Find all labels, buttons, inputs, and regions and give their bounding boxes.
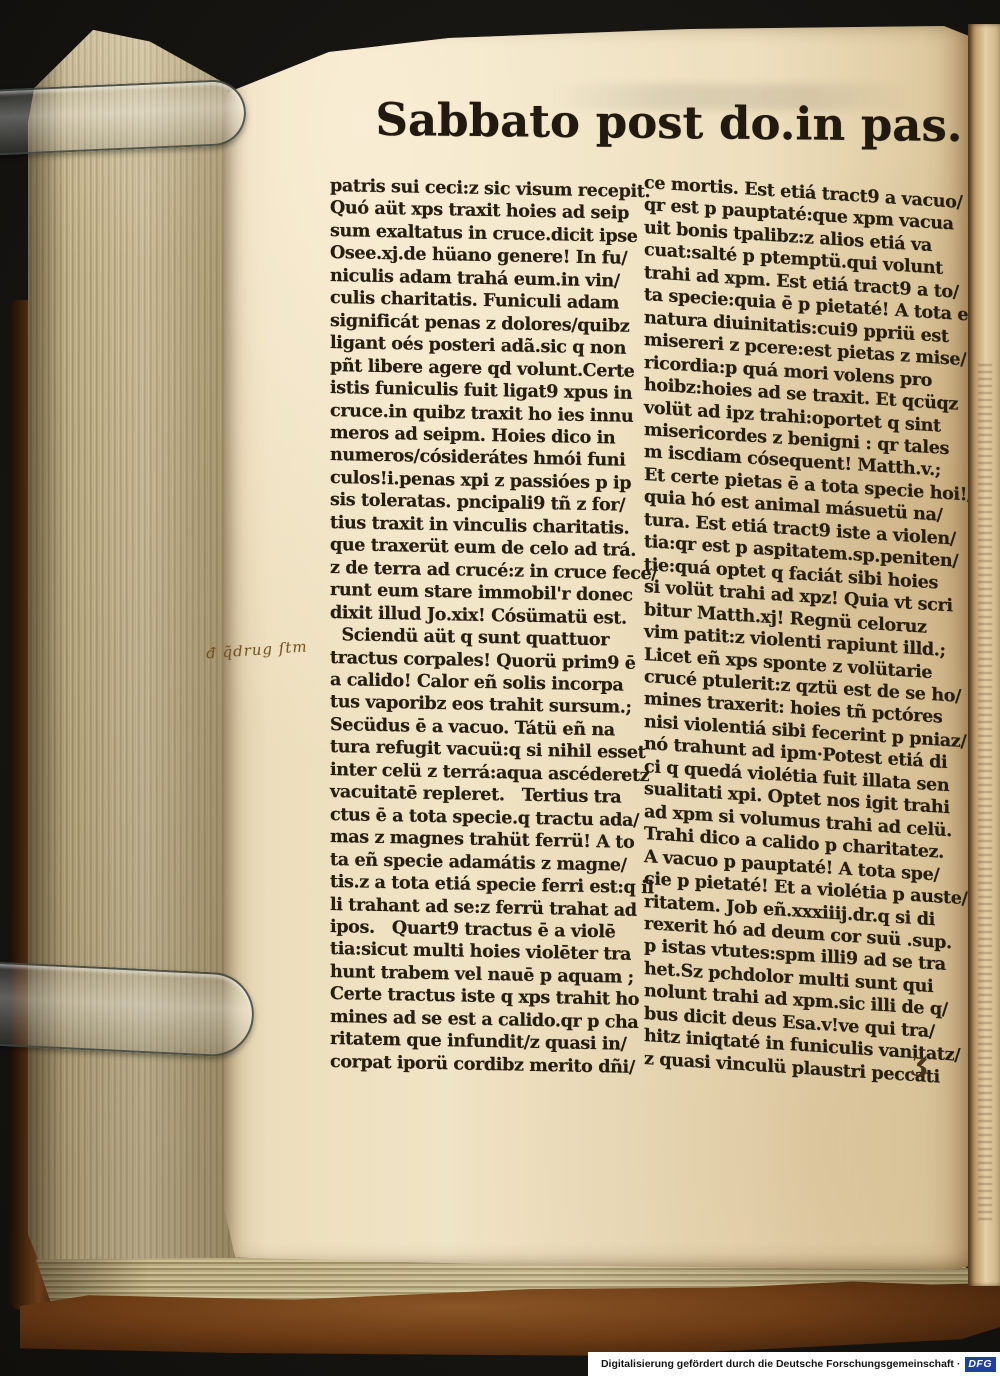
book-page: Sabbato post do.in pas. patris sui ceci:… (224, 26, 974, 1270)
digitization-credit-text: Digitalisierung gefördert durch die Deut… (601, 1358, 960, 1370)
digitized-book-photo: Sabbato post do.in pas. patris sui ceci:… (0, 0, 1000, 1376)
page-title: Sabbato post do.in pas. (369, 93, 969, 152)
next-page-curled-edge (968, 24, 1000, 1286)
page-holder-clip-bottom (0, 962, 256, 1059)
fore-edge-page-block (28, 26, 238, 1318)
dfg-logo: DFG (965, 1357, 996, 1372)
dfg-credit-bar: Digitalisierung gefördert durch die Deut… (588, 1352, 1000, 1376)
page-holder-clip-top (0, 79, 247, 156)
text-column-right: ce mortis. Est etiá tract9 a vacuo/qr es… (644, 172, 944, 1089)
text-column-left: patris sui ceci:z sic visum recepit.Quó … (330, 175, 642, 1079)
